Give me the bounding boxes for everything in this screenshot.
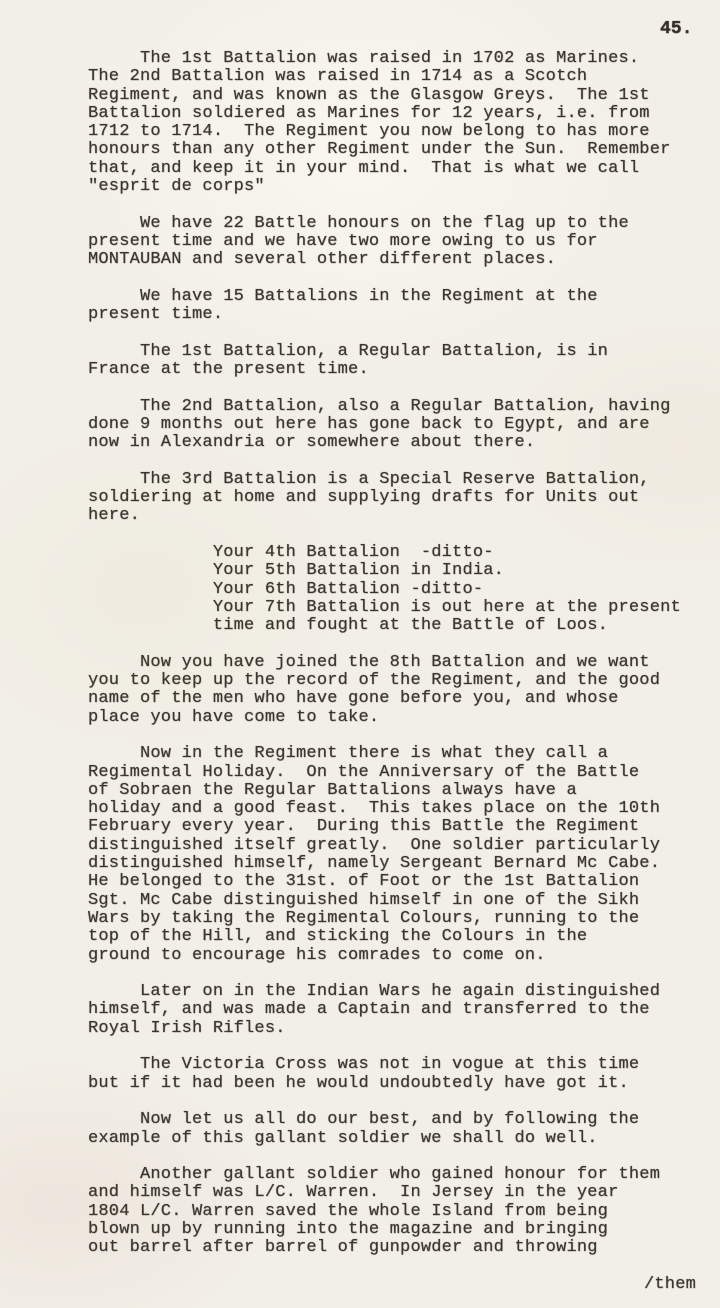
- paragraph: Your 4th Battalion -ditto- Your 5th Batt…: [88, 544, 696, 635]
- paragraph: Now you have joined the 8th Battalion an…: [88, 654, 696, 727]
- text-line: Your 7th Battalion is out here at the pr…: [88, 599, 696, 617]
- text-line: The Victoria Cross was not in vogue at t…: [88, 1056, 696, 1074]
- text-line: blown up by running into the magazine an…: [88, 1221, 696, 1239]
- text-line: now in Alexandria or somewhere about the…: [88, 434, 696, 452]
- text-line: We have 22 Battle honours on the flag up…: [88, 215, 696, 233]
- text-line: Another gallant soldier who gained honou…: [88, 1166, 696, 1184]
- paragraph: Now let us all do our best, and by follo…: [88, 1111, 696, 1148]
- text-line: Your 6th Battalion -ditto-: [88, 581, 696, 599]
- paragraph: The Victoria Cross was not in vogue at t…: [88, 1056, 696, 1093]
- text-line: "esprit de corps": [88, 178, 696, 196]
- text-line: Now you have joined the 8th Battalion an…: [88, 654, 696, 672]
- text-line: you to keep up the record of the Regimen…: [88, 672, 696, 690]
- text-line: top of the Hill, and sticking the Colour…: [88, 928, 696, 946]
- paragraph: We have 15 Battalions in the Regiment at…: [88, 288, 696, 325]
- text-line: Now let us all do our best, and by follo…: [88, 1111, 696, 1129]
- text-line: 1804 L/C. Warren saved the whole Island …: [88, 1203, 696, 1221]
- text-line: present time and we have two more owing …: [88, 233, 696, 251]
- text-line: present time.: [88, 306, 696, 324]
- text-line: but if it had been he would undoubtedly …: [88, 1075, 696, 1093]
- text-line: 1712 to 1714. The Regiment you now belon…: [88, 123, 696, 141]
- text-line: holiday and a good feast. This takes pla…: [88, 800, 696, 818]
- text-line: Later on in the Indian Wars he again dis…: [88, 983, 696, 1001]
- text-line: done 9 months out here has gone back to …: [88, 416, 696, 434]
- paragraph: Later on in the Indian Wars he again dis…: [88, 983, 696, 1038]
- document-page: 45. The 1st Battalion was raised in 1702…: [0, 0, 720, 1308]
- text-line: name of the men who have gone before you…: [88, 690, 696, 708]
- page-number: 45.: [660, 20, 692, 38]
- paragraph: The 3rd Battalion is a Special Reserve B…: [88, 471, 696, 526]
- text-line: Royal Irish Rifles.: [88, 1020, 696, 1038]
- text-line: The 3rd Battalion is a Special Reserve B…: [88, 471, 696, 489]
- text-line: Sgt. Mc Cabe distinguished himself in on…: [88, 892, 696, 910]
- text-line: here.: [88, 507, 696, 525]
- page-content: The 1st Battalion was raised in 1702 as …: [88, 50, 696, 1294]
- text-line: The 1st Battalion, a Regular Battalion, …: [88, 343, 696, 361]
- text-line: Your 5th Battalion in India.: [88, 562, 696, 580]
- text-line: February every year. During this Battle …: [88, 818, 696, 836]
- text-line: Regimental Holiday. On the Anniversary o…: [88, 764, 696, 782]
- text-line: Your 4th Battalion -ditto-: [88, 544, 696, 562]
- paragraph: We have 22 Battle honours on the flag up…: [88, 215, 696, 270]
- text-line: time and fought at the Battle of Loos.: [88, 617, 696, 635]
- text-line: place you have come to take.: [88, 709, 696, 727]
- text-line: ground to encourage his comrades to come…: [88, 947, 696, 965]
- paragraph: The 1st Battalion was raised in 1702 as …: [88, 50, 696, 196]
- paragraph: Another gallant soldier who gained honou…: [88, 1166, 696, 1257]
- text-line: He belonged to the 31st. of Foot or the …: [88, 873, 696, 891]
- paragraph: Now in the Regiment there is what they c…: [88, 745, 696, 965]
- text-line: distinguished himself, namely Sergeant B…: [88, 855, 696, 873]
- text-line: The 2nd Battalion, also a Regular Battal…: [88, 398, 696, 416]
- text-line: The 2nd Battalion was raised in 1714 as …: [88, 68, 696, 86]
- text-line: Regiment, and was known as the Glasgow G…: [88, 87, 696, 105]
- text-line: We have 15 Battalions in the Regiment at…: [88, 288, 696, 306]
- catchword: /them: [88, 1276, 696, 1294]
- text-line: The 1st Battalion was raised in 1702 as …: [88, 50, 696, 68]
- text-line: honours than any other Regiment under th…: [88, 141, 696, 159]
- text-line: of Sobraen the Regular Battalions always…: [88, 782, 696, 800]
- text-line: out barrel after barrel of gunpowder and…: [88, 1239, 696, 1257]
- text-line: Wars by taking the Regimental Colours, r…: [88, 910, 696, 928]
- text-line: and himself was L/C. Warren. In Jersey i…: [88, 1184, 696, 1202]
- text-line: Now in the Regiment there is what they c…: [88, 745, 696, 763]
- text-line: MONTAUBAN and several other different pl…: [88, 251, 696, 269]
- text-line: that, and keep it in your mind. That is …: [88, 160, 696, 178]
- text-body: The 1st Battalion was raised in 1702 as …: [88, 50, 696, 1258]
- text-line: himself, and was made a Captain and tran…: [88, 1001, 696, 1019]
- text-line: example of this gallant soldier we shall…: [88, 1130, 696, 1148]
- text-line: France at the present time.: [88, 361, 696, 379]
- paragraph: The 2nd Battalion, also a Regular Battal…: [88, 398, 696, 453]
- paragraph: The 1st Battalion, a Regular Battalion, …: [88, 343, 696, 380]
- text-line: distinguished itself greatly. One soldie…: [88, 837, 696, 855]
- text-line: soldiering at home and supplying drafts …: [88, 489, 696, 507]
- text-line: Battalion soldiered as Marines for 12 ye…: [88, 105, 696, 123]
